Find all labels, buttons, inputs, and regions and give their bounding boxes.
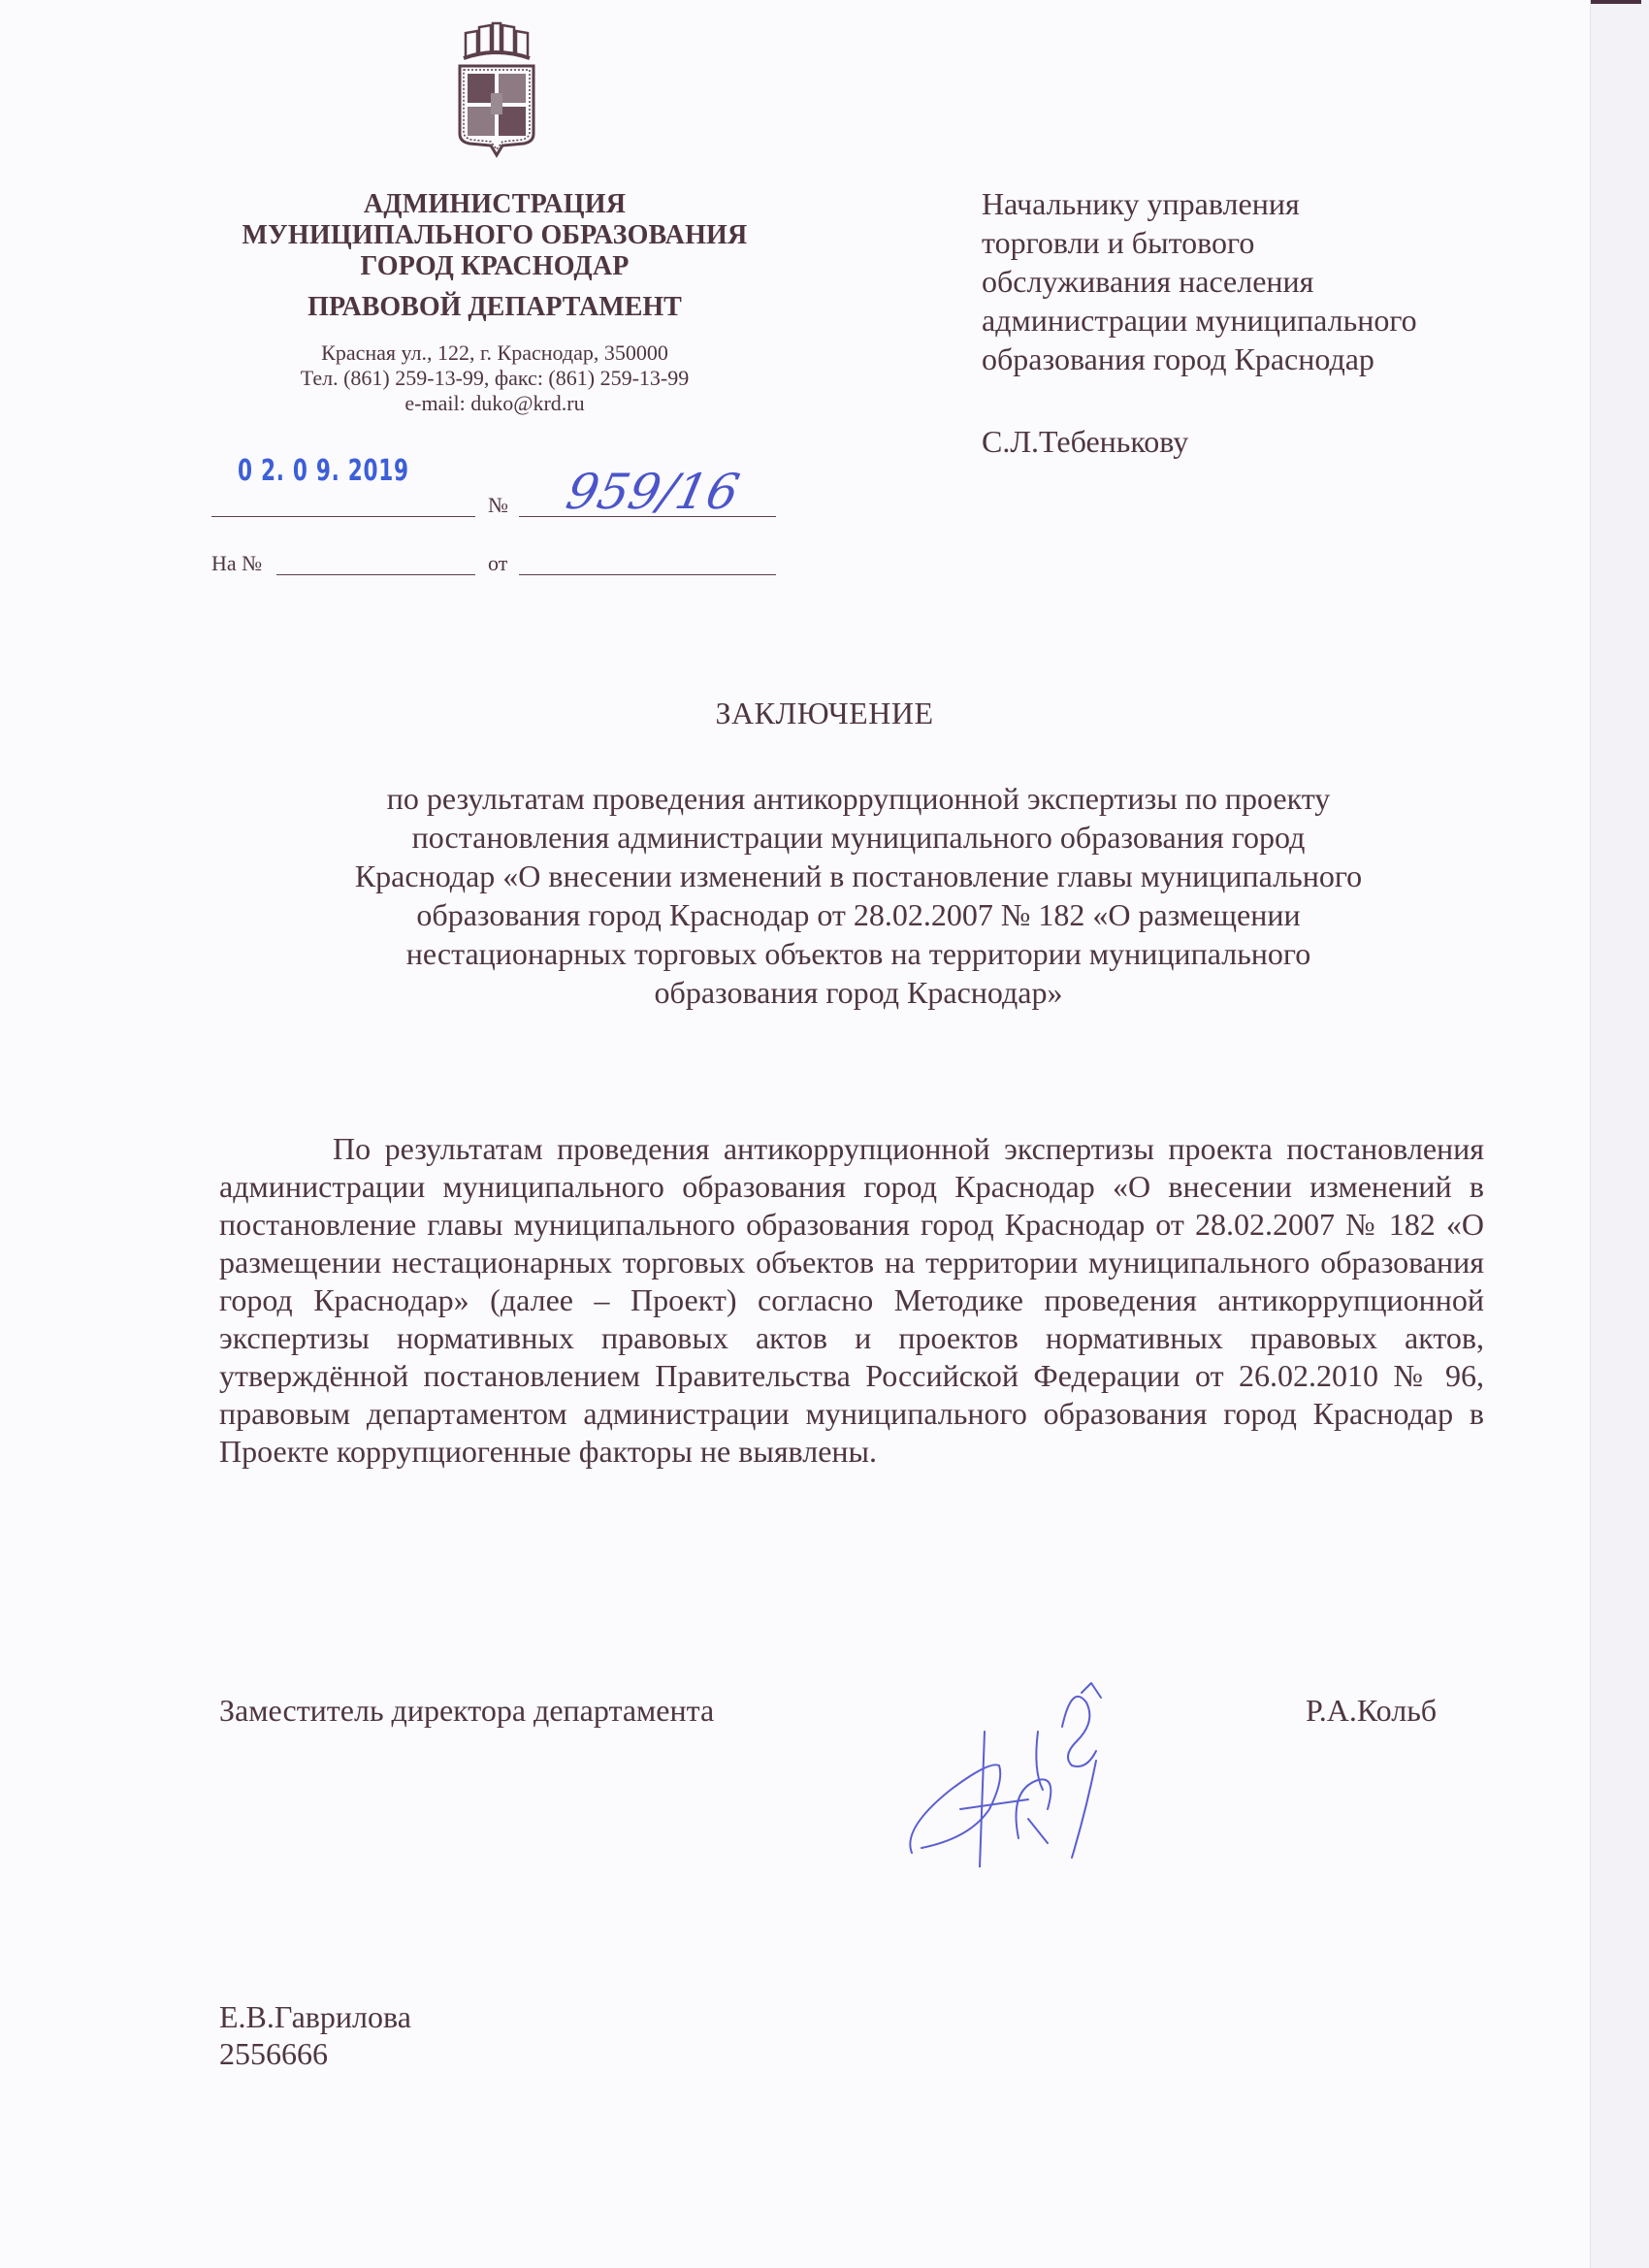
letterhead: АДМИНИСТРАЦИЯ МУНИЦИПАЛЬНОГО ОБРАЗОВАНИЯ…	[194, 19, 795, 416]
scan-edge	[1590, 0, 1649, 2268]
subject-line: постановления администрации муниципально…	[223, 818, 1494, 857]
org-name-line: МУНИЦИПАЛЬНОГО ОБРАЗОВАНИЯ	[194, 220, 795, 251]
addressee-line: торговли и бытового	[982, 223, 1417, 262]
signer-name: Р.А.Кольб	[1306, 1693, 1437, 1729]
addressee-block: Начальнику управления торговли и бытовог…	[982, 184, 1417, 461]
contacts: Красная ул., 122, г. Краснодар, 350000 Т…	[194, 340, 795, 416]
reply-to-line	[276, 574, 475, 575]
addressee-line: администрации муниципального	[982, 301, 1417, 340]
addressee-name: С.Л.Тебенькову	[982, 422, 1417, 461]
executor-name: Е.В.Гаврилова	[219, 1998, 411, 2035]
subject-line: образования город Краснодар от 28.02.200…	[223, 895, 1494, 934]
scan-edge-mark	[1591, 0, 1641, 4]
executor-phone: 2556666	[219, 2035, 411, 2072]
subject-line: образования город Краснодар»	[223, 973, 1494, 1012]
addressee-line: образования город Краснодар	[982, 340, 1417, 378]
reply-to-label: На №	[211, 551, 262, 576]
org-name-line: АДМИНИСТРАЦИЯ	[194, 189, 795, 220]
signer-position: Заместитель директора департамента	[219, 1693, 714, 1729]
from-label: от	[488, 551, 507, 576]
subject-line: Краснодар «О внесении изменений в постан…	[223, 857, 1494, 895]
from-line	[519, 574, 776, 575]
address: Красная ул., 122, г. Краснодар, 350000	[194, 340, 795, 366]
addressee-line: Начальнику управления	[982, 184, 1417, 223]
document-title: ЗАКЛЮЧЕНИЕ	[0, 696, 1649, 731]
subject-line: по результатам проведения антикоррупцион…	[223, 779, 1494, 818]
subject-line: нестационарных торговых объектов на терр…	[223, 934, 1494, 973]
date-stamp: 0 2. 0 9. 2019	[238, 454, 409, 488]
number-label: №	[488, 493, 508, 518]
date-line	[211, 516, 475, 517]
phone-fax: Тел. (861) 259-13-99, факс: (861) 259-13…	[194, 366, 795, 391]
email: e-mail: duko@krd.ru	[194, 391, 795, 416]
addressee-line: обслуживания населения	[982, 262, 1417, 301]
executor-block: Е.В.Гаврилова 2556666	[219, 1998, 411, 2072]
org-name-line: ГОРОД КРАСНОДАР	[194, 251, 795, 282]
handwritten-number: 959/16	[562, 464, 744, 520]
coat-of-arms-icon	[446, 19, 543, 160]
department-name: ПРАВОВОЙ ДЕПАРТАМЕНТ	[194, 292, 795, 323]
handwritten-signature-icon	[892, 1673, 1222, 1867]
body-paragraph: По результатам проведения антикоррупцион…	[219, 1130, 1484, 1471]
document-subject: по результатам проведения антикоррупцион…	[223, 779, 1494, 1012]
